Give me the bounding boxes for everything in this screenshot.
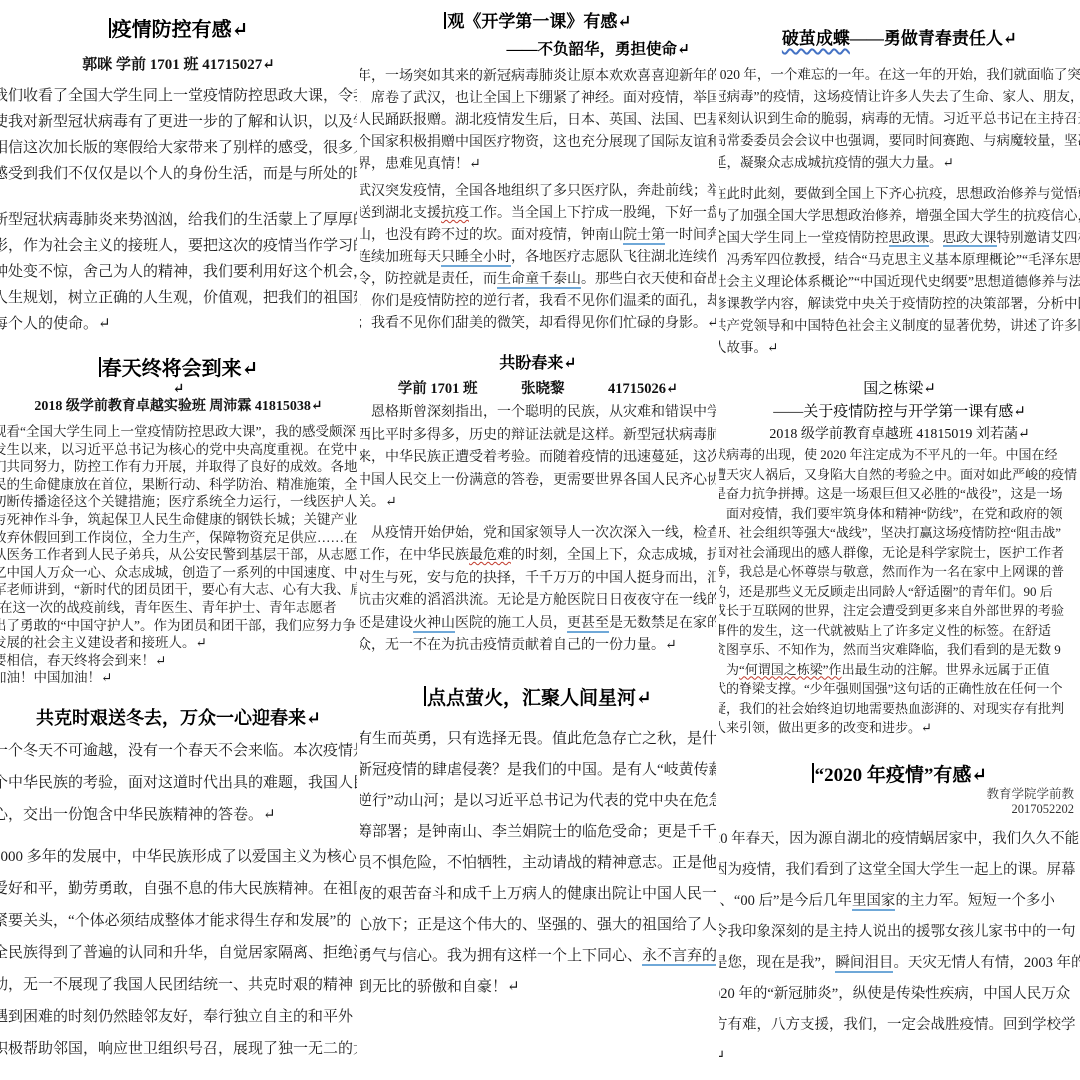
text-segment: ”、“00 后”是今后几年: [719, 893, 852, 909]
essay-title: 破茧成蝶——勇做青春责任人↵: [719, 24, 1080, 49]
paragraph: 年，一场突如其来的新冠病毒肺炎让原本欢欢喜喜迎新年的人，席卷了武汉，也让全国上下…: [360, 66, 716, 176]
paragraph: 我们收看了全国大学生同上一堂疫情防控思政大课，令我使我对新型冠状病毒有了更进一步…: [0, 83, 357, 187]
essay-author: 2018 级学前教育卓越实验班 周沛霖 41815038↵: [0, 398, 357, 415]
text-segment: 。: [929, 230, 943, 245]
text-line: 一个冬天不可逾越，没有一个春天不会来临。本次疫情是: [0, 735, 357, 767]
text-line: ，为“何谓国之栋梁”作出最生动的注解。世界永远属于正值: [719, 660, 1080, 680]
text-line: 山，也没有跨不过的坎。面对疫情，钟南山院士第一时间奔赴武: [360, 225, 716, 247]
underlined-phrase: 破茧成蝶: [782, 29, 850, 48]
text-line: 事件的发生，这一代就被贴上了许多定义性的标签。在舒适: [719, 621, 1080, 641]
text-line: 民的生命健康放在首位，果断行动、科学防治、精准施策，全国: [0, 476, 357, 494]
text-line: 在此时此刻，要做到全国上下齐心抗疫，思想政治修养与觉悟就显得尤为: [719, 183, 1080, 205]
text-line: 感受到我们不仅仅是以个人的身份生活，而是与所处的时: [0, 161, 357, 187]
essay-author: ↵: [0, 381, 357, 398]
text-line: 送到湖北支援抗疫工作。当全国上下拧成一股绳，下好一盘棋，: [360, 203, 716, 225]
document-column-left: 疫情防控有感↵郭咪 学前 1701 班 41715027↵我们收看了全国大学生同…: [0, 0, 357, 1080]
essay: 疫情防控有感↵郭咪 学前 1701 班 41715027↵我们收看了全国大学生同…: [0, 13, 357, 337]
text-line: 西比平时多得多，历史的辩证法就是这样。新型冠状病毒肺炎突如: [360, 425, 716, 448]
underlined-phrase: 生命童千泰山: [497, 272, 581, 289]
essay-author: 2017052202: [719, 802, 1074, 817]
paragraph: 从疫情开始伊始，党和国家领导人一次次深入一线，检查部署防工作，在中华民族最危难的…: [360, 523, 716, 658]
underlined-phrase: 瞬间泪目: [835, 955, 893, 973]
text-line: 令我印象深刻的是主持人说出的援鄂女孩儿家书中的一句: [719, 917, 1080, 948]
text-line: 筹部署；是钟南山、李兰娟院士的临危受命；更是千千万: [360, 817, 716, 848]
document-column-right: 破茧成蝶——勇做青春责任人↵2020 年，一个难忘的一年。在这一年的开始，我们就…: [719, 0, 1080, 1080]
text-line: 众，无一不在为抗击疫情贡献着自己的一份力量。↵: [360, 635, 716, 658]
text-line: 员不惧危险，不怕牺牲，主动请战的精神意志。正是他们: [360, 848, 716, 879]
text-line: 人民踊跃报赠。湖北疫情发生后，日本、英国、法国、巴基斯坦: [360, 110, 716, 132]
essay: “2020 年疫情”有感↵教育学院学前教201705220220 年春天，因为源…: [719, 760, 1080, 1072]
text-segment: 。那些白衣天使和奋战一线: [581, 272, 716, 287]
text-line: 紧要关头，“个体必须结成整体才能求得生存和发展”的: [0, 905, 357, 937]
paragraph: 有生而英勇，只有选择无畏。值此危急存亡之秋，是什么新冠疫情的肆虐侵袭？是我们的中…: [360, 724, 716, 1003]
essay-author: 学前 1701 班 张晓黎 41715026↵: [360, 377, 716, 398]
essay-title: 共克时艰送冬去，万众一心迎春来↵: [0, 704, 357, 730]
text-line: 抗击灾难的滔滔洪流。无论是方舱医院日日夜夜守在一线的医护人: [360, 590, 716, 613]
text-line: 界，患难见真情！↵: [360, 154, 716, 176]
text-line: 遇到困难的时刻仍然睦邻友好，奉行独立自主的和平外: [0, 1001, 357, 1033]
text-line: 恩格斯曾深刻指出，一个聪明的民族，从灾难和错误中学到的东: [360, 402, 716, 425]
text-line: 人来引领，做出更多的改变和进步。↵: [719, 718, 1080, 738]
text-line: 人生规划，树立正确的人生观，价值观，把我们的祖国建: [0, 285, 357, 311]
text-line: 全民族得到了普遍的认同和升华，自觉居家隔离、拒绝流: [0, 937, 357, 969]
text-segment: 令，防控就是责任，而: [360, 272, 497, 287]
essay-title: 观《开学第一课》有感↵: [360, 7, 716, 32]
text-line: 切断传播途径这个关键措施；医疗系统全力运行，一线医护人: [0, 493, 357, 511]
text-line: 疑，我们的社会始终迫切地需要热血澎湃的、对现实存有批判: [719, 699, 1080, 719]
text-segment: 送到湖北支援: [360, 206, 441, 221]
text-line: 新型冠状病毒肺炎来势汹汹，给我们的生活蒙上了厚厚的阴: [0, 207, 357, 233]
text-line: 我们收看了全国大学生同上一堂疫情防控思政大课，令我: [0, 83, 357, 109]
text-segment: 是您，现在是我”，: [719, 955, 835, 971]
essay-author: 2018 级学前教育卓越班 41815019 刘若菡↵: [719, 423, 1080, 443]
essay: 点点萤火，汇聚人间星河↵有生而英勇，只有选择无畏。值此危急存亡之秋，是什么新冠疫…: [360, 683, 716, 1003]
text-line: 从疫情开始伊始，党和国家领导人一次次深入一线，检查部署防: [360, 523, 716, 546]
text-line: 令，防控就是责任，而生命童千泰山。那些白衣天使和奋战一线: [360, 269, 716, 291]
text-line: 年，一场突如其来的新冠病毒肺炎让原本欢欢喜喜迎新年的人: [360, 66, 716, 88]
text-line: 面对社会涌现出的感人群像，无论是科学家院士，医护工作者: [719, 543, 1080, 563]
text-line: 的，还是那些义无反顾走出同龄人“舒适圈”的青年们。90 后: [719, 582, 1080, 602]
text-segment: 是无数禁足在家的普通: [609, 616, 716, 631]
text-line: 发生以来，以习近平总书记为核心的党中央高度重视。在党中: [0, 441, 357, 459]
paragraph: 观看“全国大学生同上一堂疫情防控思政大课”，我的感受颇深发生以来，以习近平总书记…: [0, 423, 357, 687]
text-line: 观看“全国大学生同上一堂疫情防控思政大课”，我的感受颇深: [0, 423, 357, 441]
underlined-phrase: “何谓国之栋梁”作: [739, 662, 842, 677]
essay-author: 郭咪 学前 1701 班 41715027↵: [0, 53, 357, 74]
text-line: 心放下；正是这个伟大的、坚强的、强大的祖国给了人们: [360, 910, 716, 941]
text-line: ，你们是疫情防控的逆行者，我看不见你们温柔的面孔，却看得: [360, 291, 716, 313]
underlined-phrase: 抗疫: [441, 206, 469, 221]
text-segment: 的时刻，全国上下，众志成城，抗击疫情，: [511, 548, 716, 563]
text-cursor: [444, 12, 446, 29]
essay-title: 疫情防控有感↵: [0, 13, 357, 42]
text-line: ；我看不见你们甜美的微笑，却看得见你们忙碌的身影。↵: [360, 313, 716, 335]
essay-subtitle: ——关于疫情防控与开学第一课有感↵: [719, 400, 1080, 421]
text-line: 人故事。↵: [719, 337, 1080, 359]
text-line: 贪图享乐、不知作为，然而当灾难降临，我们看到的是无数 9: [719, 640, 1080, 660]
text-line: 状病毒的出现，使 2020 年注定成为不平凡的一年。中国在经: [719, 445, 1080, 465]
text-segment: ，各地医疗志愿队飞往湖北连续作……: [511, 250, 716, 265]
text-line: 代的脊梁支撑。“少年强则国强”这句话的正确性放在任何一个: [719, 679, 1080, 699]
text-line: 因为疫情，我们看到了这堂全国大学生一起上的课。屏幕: [719, 855, 1080, 886]
text-line: 全国大学生同上一堂疫情防控思政课。思政大课特别邀请艾四林、秦宣: [719, 227, 1080, 249]
text-cursor: [424, 686, 426, 705]
text-line: 从医务工作者到人民子弟兵，从公安民警到基层干部，从志愿: [0, 546, 357, 564]
text-line: 有生而英勇，只有选择无畏。值此危急存亡之秋，是什么: [360, 724, 716, 755]
essay-subtitle: ——不负韶华，勇担使命↵: [360, 37, 690, 59]
text-line: 相信这次加长版的寒假给大家带来了别样的感受，很多人: [0, 135, 357, 161]
essay: 观《开学第一课》有感↵——不负韶华，勇担使命↵年，一场突如其来的新冠病毒肺炎让原…: [360, 7, 716, 335]
text-line: 新冠疫情的肆虐侵袭？是我们的中国。是有人“岐黄传薪”: [360, 755, 716, 786]
text-segment: ，为: [719, 662, 739, 677]
essay: 国之栋梁↵——关于疫情防控与开学第一课有感↵2018 级学前教育卓越班 4181…: [719, 377, 1080, 738]
text-line: 心，交出一份饱含中华民族精神的答卷。↵: [0, 799, 357, 831]
text-line: 深刻认识到生命的脆弱，病毒的无情。习近平总书记在主持召开的中共中: [719, 108, 1080, 130]
text-segment: 山，也没有跨不过的坎。面对疫情，钟南山: [360, 228, 623, 243]
text-line: 放弃休假回到工作岗位，全力生产，保障物资充足供应……在: [0, 529, 357, 547]
underlined-phrase: 思政大课: [943, 230, 997, 247]
text-line: 加油！中国加油！↵: [0, 669, 357, 687]
underlined-phrase: 思政课: [889, 230, 930, 247]
essay-author: 教育学院学前教: [719, 787, 1074, 802]
text-line: 工作，在中华民族最危难的时刻，全国上下，众志成城，抗击疫情，: [360, 545, 716, 568]
text-segment: 还是建设: [360, 616, 413, 631]
text-line: 逆行”动山河；是以习近平总书记为代表的党中央在危急: [360, 786, 716, 817]
text-line: 成长于互联网的世界，注定会遭受到更多来自外部世界的考验: [719, 601, 1080, 621]
essay: 破茧成蝶——勇做青春责任人↵2020 年，一个难忘的一年。在这一年的开始，我们就…: [719, 24, 1080, 359]
text-line: 夜的艰苦奋斗和成千上万病人的健康出院让中国人民一: [360, 879, 716, 910]
paragraph: 20 年春天，因为源自湖北的疫情蜗居家中，我们久久不能因为疫情，我们看到了这堂全…: [719, 824, 1080, 1072]
underlined-phrase: 最危难: [469, 548, 511, 563]
text-line: ”、“00 后”是今后几年里国家的主力军。短短一个多小: [719, 886, 1080, 917]
text-line: 是您，现在是我”，瞬间泪目。天灾无情人有情，2003 年的: [719, 948, 1080, 979]
text-line: 亿中国人万众一心、众志成城，创造了一系列的中国速度、中: [0, 564, 357, 582]
text-line: 020 年的“新冠肺炎”，纵使是传染性疾病，中国人民万众: [719, 979, 1080, 1010]
paragraph: 状病毒的出现，使 2020 年注定成为不平凡的一年。中国在经遭天灾人祸后，又身陷…: [719, 445, 1080, 738]
text-segment: 工作，在中华民族: [360, 548, 469, 563]
text-line: 影，作为社会主义的接班人，要把这次的疫情当作学习的: [0, 233, 357, 259]
text-line: 们共同努力，防控工作有力开展，并取得了良好的成效。各地: [0, 458, 357, 476]
text-line: 研、社会组织等强大“战线”，坚决打赢这场疫情防控“阻击战”: [719, 523, 1080, 543]
text-line: 还是建设火神山医院的施工人员，更甚至是无数禁足在家的普通: [360, 613, 716, 636]
text-cursor: [812, 763, 814, 782]
underlined-phrase: 只睡全小时: [441, 250, 511, 267]
text-line: 共产党领导和中国特色社会主义制度的显著优势，讲述了许多防疫抗疫的: [719, 315, 1080, 337]
text-line: 冠病毒”的疫情，这场疫情让许多人失去了生命、家人、朋友，这场疫情: [719, 86, 1080, 108]
underlined-phrase: 更甚至: [567, 616, 609, 633]
essay-title: 国之栋梁↵: [719, 377, 1080, 398]
text-line: 种处变不惊，舍己为人的精神，我们要利用好这个机会，: [0, 259, 357, 285]
text-line: 局常委委员会会议中也强调，要同时间赛跑、与病魔较量，坚决遏制疫情: [719, 130, 1080, 152]
underlined-phrase: 院士第: [623, 228, 665, 245]
text-line: 等，我总是心怀尊崇与敬意，然而作为一名在家中上网课的普: [719, 562, 1080, 582]
text-segment: 工作。当全国上下拧成一股绳，下好一盘棋，: [469, 206, 716, 221]
text-line: 延，凝聚众志成城抗疫情的强大力量。↵: [719, 152, 1080, 174]
text-line: 5000 多年的发展中，中华民族形成了以爱国主义为核心，: [0, 841, 357, 873]
text-segment: 的主力军。短短一个多小: [895, 893, 1055, 909]
text-cursor: [99, 357, 101, 377]
text-line: 个国家积极捐赠中国医疗物资，这也充分展现了国际友谊和国之: [360, 132, 716, 154]
text-line: 、冯秀军四位教授，结合“马克思主义基本原理概论”“毛泽东思想和: [719, 249, 1080, 271]
text-segment: ——勇做青春责任人↵: [850, 29, 1017, 48]
paragraph: 武汉突发疫情，全国各地组织了多只医疗队，奔赴前线；举国上送到湖北支援抗疫工作。当…: [360, 181, 716, 335]
paragraph: 一个冬天不可逾越，没有一个春天不会来临。本次疫情是个中华民族的考验，面对这道时代…: [0, 735, 357, 831]
text-line: 中国人民交上一份满意的答卷，更需要世界各国人民齐心协力共度: [360, 470, 716, 493]
text-line: 每个人的使命。↵: [0, 311, 357, 337]
text-line: 爱好和平，勤劳勇敢，自强不息的伟大民族精神。在祖国: [0, 873, 357, 905]
underlined-phrase: 里国家: [852, 893, 896, 911]
underlined-phrase: 永不言弃的: [642, 948, 716, 966]
essay-title: 春天终将会到来↵: [0, 352, 357, 381]
paragraph: 2020 年，一个难忘的一年。在这一年的开始，我们就面临了突如其来的冠病毒”的疫…: [719, 64, 1080, 174]
text-line: 来，中华民族正遭受着考验。而随着疫情的迅速蔓延，这次不仅需: [360, 447, 716, 470]
paragraph: 新型冠状病毒肺炎来势汹汹，给我们的生活蒙上了厚厚的阴影，作为社会主义的接班人，要…: [0, 207, 357, 337]
document-column-middle: 观《开学第一课》有感↵——不负韶华，勇担使命↵年，一场突如其来的新冠病毒肺炎让原…: [360, 0, 716, 1080]
text-line: 到无比的骄傲和自豪！↵: [360, 972, 716, 1003]
documents-collage: 疫情防控有感↵郭咪 学前 1701 班 41715027↵我们收看了全国大学生同…: [0, 0, 1080, 1080]
text-segment: 特别邀请艾四林、秦宣: [997, 230, 1080, 245]
text-segment: 医院的施工人员，: [455, 616, 567, 631]
text-line: 军老师讲到，“新时代的团员团干，要心有大志、心有大我、肩: [0, 581, 357, 599]
text-line: 方有难，八方支援，我们，一定会战胜疫情。回到学校学: [719, 1010, 1080, 1041]
text-line: 武汉突发疫情，全国各地组织了多只医疗队，奔赴前线；举国上: [360, 181, 716, 203]
text-line: 是奋力抗争拼搏。这是一场艰巨但又必胜的“战役”，这是一场: [719, 484, 1080, 504]
text-line: 为了加强全国大学思想政治修养，增强全国大学生的抗疫信心，3 月 9 日: [719, 205, 1080, 227]
underlined-phrase: 火神山: [413, 616, 455, 633]
text-line: 勇气与信心。我为拥有这样一个上下同心、永不言弃的强: [360, 941, 716, 972]
essay: 共克时艰送冬去，万众一心迎春来↵一个冬天不可逾越，没有一个春天不会来临。本次疫情…: [0, 704, 357, 1065]
text-line: 。面对疫情，我们要牢筑身体和精神“防线”，在党和政府的领: [719, 504, 1080, 524]
essay-title: 共盼春来↵: [360, 350, 716, 373]
text-line: 动，无一不展现了我国人民团结统一、共克时艰的精神: [0, 969, 357, 1001]
text-line: ，席卷了武汉，也让全国上下绷紧了神经。面对疫情，举国上下: [360, 88, 716, 110]
paragraph: 恩格斯曾深刻指出，一个聪明的民族，从灾难和错误中学到的东西比平时多得多，历史的辩…: [360, 402, 716, 515]
text-line: 关。↵: [360, 492, 716, 515]
text-segment: 出最生动的注解。世界永远属于正值: [842, 662, 1050, 677]
essay: 春天终将会到来↵↵2018 级学前教育卓越实验班 周沛霖 41815038↵观看…: [0, 352, 357, 687]
text-line: ↵: [719, 1041, 1080, 1072]
essay-title: 点点萤火，汇聚人间星河↵: [360, 683, 716, 710]
text-line: 20 年春天，因为源自湖北的疫情蜗居家中，我们久久不能: [719, 824, 1080, 855]
text-line: 遭天灾人祸后，又身陷大自然的考验之中。面对如此严峻的疫情: [719, 465, 1080, 485]
text-line: 对生与死，安与危的抉择，千千万万的中国人挺身而出，汇成全民: [360, 568, 716, 591]
essay: 共盼春来↵学前 1701 班 张晓黎 41715026↵ 恩格斯曾深刻指出，一个…: [360, 350, 716, 658]
essay-title: “2020 年疫情”有感↵: [719, 760, 1080, 787]
paragraph: 在此时此刻，要做到全国上下齐心抗疫，思想政治修养与觉悟就显得尤为为了加强全国大学…: [719, 183, 1080, 359]
text-line: 个中华民族的考验，面对这道时代出具的难题，我国人民: [0, 767, 357, 799]
paragraph: 5000 多年的发展中，中华民族形成了以爱国主义为核心，爱好和平，勤劳勇敢，自强…: [0, 841, 357, 1065]
text-line: 2020 年，一个难忘的一年。在这一年的开始，我们就面临了突如其来的: [719, 64, 1080, 86]
text-line: 社会主义理论体系概论”“中国近现代史纲要”思想道德修养与法律基础: [719, 271, 1080, 293]
text-segment: 勇气与信心。我为拥有这样一个上下同心、: [360, 948, 642, 964]
text-line: ”在这一次的战疫前线，青年医生、青年护士、青年志愿者: [0, 599, 357, 617]
text-line: 发展的社会主义建设者和接班人。↵: [0, 634, 357, 652]
text-segment: 全国大学生同上一堂疫情防控: [719, 230, 889, 245]
text-segment: 。天灾无情人有情，2003 年的: [893, 955, 1080, 971]
text-line: 修课教学内容，解读党中央关于疫情防控的决策部署，分析中国抗疫彰显: [719, 293, 1080, 315]
text-segment: 连续加班每天: [360, 250, 441, 265]
text-cursor: [109, 18, 111, 38]
text-segment: 一时间奔赴武: [665, 228, 716, 243]
text-line: 积极帮助邻国，响应世卫组织号召，展现了独一无二的大国: [0, 1033, 357, 1065]
text-line: 要相信，春天终将会到来！↵: [0, 652, 357, 670]
text-line: 出了勇敢的“中国守护人”。作为团员和团干部，我们应努力争: [0, 617, 357, 635]
text-line: 使我对新型冠状病毒有了更进一步的了解和认识，以及学: [0, 109, 357, 135]
text-line: 连续加班每天只睡全小时，各地医疗志愿队飞往湖北连续作……: [360, 247, 716, 269]
text-line: 与死神作斗争，筑起保卫人民生命健康的钢铁长城；关键产业: [0, 511, 357, 529]
